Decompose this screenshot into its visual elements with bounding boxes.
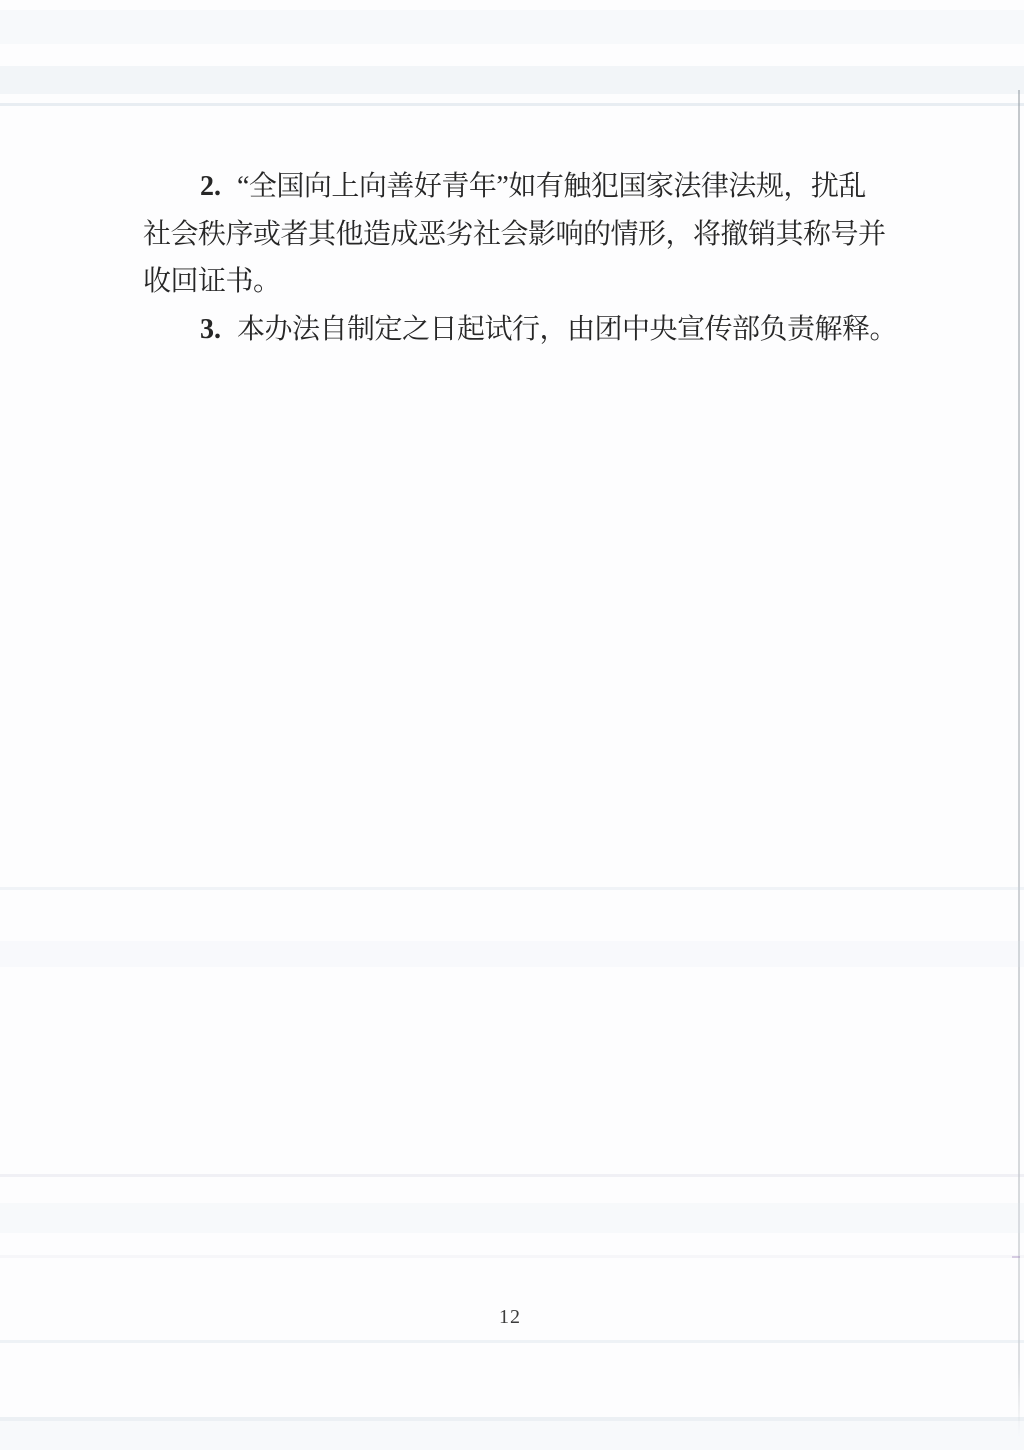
line-text: 社会秩序或者其他造成恶劣社会影响的情形，将撤销其称号并 xyxy=(143,219,886,250)
scan-artifact-top-line xyxy=(0,103,1024,106)
scan-artifact-low-line xyxy=(0,1340,1024,1343)
paragraph-2-line-2: 社会秩序或者其他造成恶劣社会影响的情形，将撤销其称号并 xyxy=(143,211,913,259)
body-text: 2.“全国向上向善好青年”如有触犯国家法律法规，扰乱 社会秩序或者其他造成恶劣社… xyxy=(143,163,913,353)
line-text: 收回证书。 xyxy=(143,266,281,297)
scan-artifact-mid-line xyxy=(0,887,1024,890)
scan-artifact-top-band-2 xyxy=(0,66,1024,94)
scanned-document-page: 2.“全国向上向善好青年”如有触犯国家法律法规，扰乱 社会秩序或者其他造成恶劣社… xyxy=(0,0,1024,1450)
scan-artifact-mid-band xyxy=(0,941,1024,967)
item-number-3: 3. xyxy=(200,314,221,345)
line-text: “全国向上向善好青年”如有触犯国家法律法规，扰乱 xyxy=(237,171,866,202)
scan-artifact-low-line-2 xyxy=(0,1417,1024,1421)
scan-artifact-right-line xyxy=(1018,90,1020,1437)
paragraph-2-line-1: 2.“全国向上向善好青年”如有触犯国家法律法规，扰乱 xyxy=(143,163,913,211)
paragraph-3-line-1: 3.本办法自制定之日起试行，由团中央宣传部负责解释。 xyxy=(143,306,913,354)
page-number: 12 xyxy=(0,1306,1020,1329)
scan-artifact-mid-line-2 xyxy=(0,1174,1024,1177)
line-text: 本办法自制定之日起试行，由团中央宣传部负责解释。 xyxy=(237,314,897,345)
scan-artifact-mid-band-2 xyxy=(0,1203,1024,1233)
item-number-2: 2. xyxy=(200,171,221,202)
scan-artifact-mid-line-3 xyxy=(0,1255,1024,1258)
scan-artifact-bottom-band xyxy=(0,1421,1024,1450)
scan-artifact-right-tick xyxy=(1012,1256,1020,1258)
paragraph-2-line-3: 收回证书。 xyxy=(143,258,913,306)
scan-artifact-top-band xyxy=(0,10,1024,44)
